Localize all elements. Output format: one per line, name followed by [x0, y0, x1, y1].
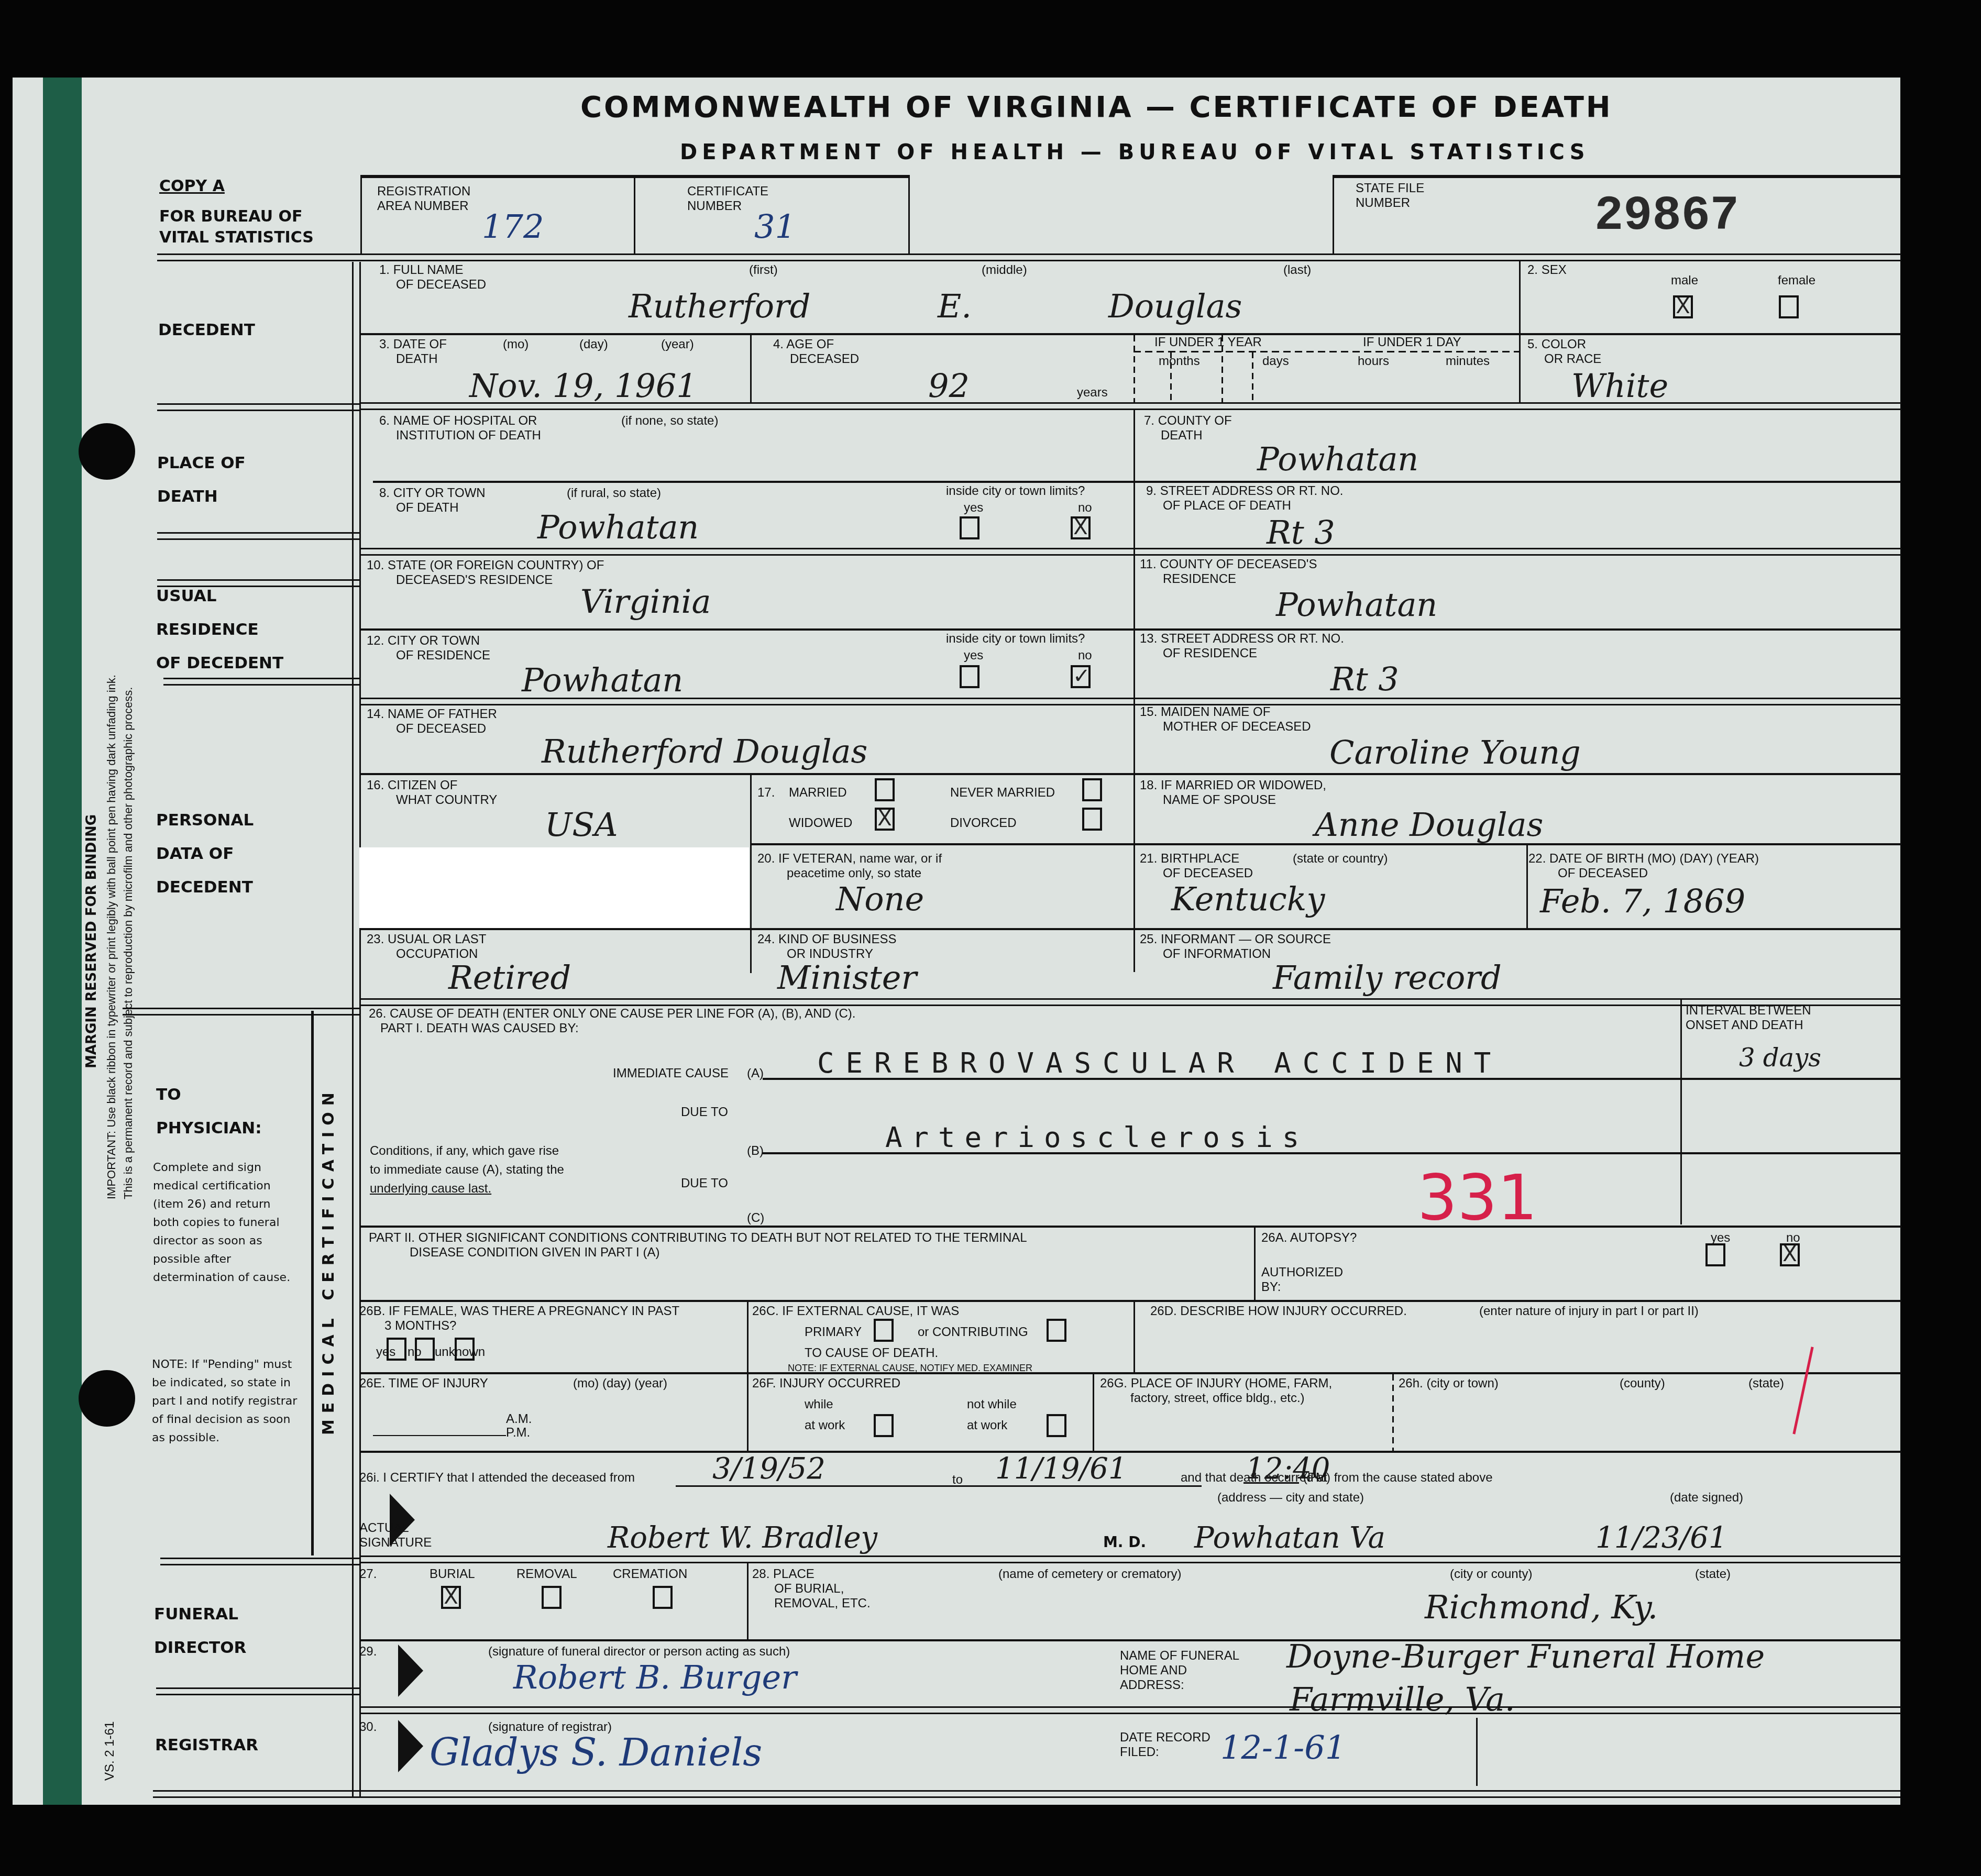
male-label: male: [1671, 273, 1698, 288]
day-hint: (day): [579, 337, 608, 352]
row-divider: [359, 1372, 1901, 1374]
form-title: COMMONWEALTH OF VIRGINIA — CERTIFICATE O…: [580, 90, 1613, 124]
field-26c-label: 26c. IF EXTERNAL CAUSE, IT WAS: [752, 1304, 959, 1319]
date-signed-hint: (date signed): [1670, 1491, 1743, 1505]
yes-label: yes: [964, 501, 983, 515]
state-file-value: 29867: [1594, 189, 1739, 244]
age-value: 92: [928, 367, 970, 405]
death-inside-limits-no[interactable]: X: [1071, 516, 1091, 539]
col-divider: [750, 774, 752, 973]
row-divider: [157, 579, 359, 581]
conditions-note: Conditions, if any, which gave riseto im…: [370, 1142, 564, 1198]
autopsy-no-checkbox[interactable]: X: [1780, 1243, 1800, 1266]
no-label: no: [1078, 648, 1092, 663]
county-of-death-value: Powhatan: [1257, 440, 1418, 478]
signature-arrow-icon: [398, 1645, 423, 1697]
never-married-label: NEVER MARRIED: [950, 786, 1055, 800]
row-divider: [359, 773, 1901, 775]
months-label: months: [1159, 354, 1200, 369]
row-divider: [153, 1790, 1900, 1792]
at-work-label: at work: [967, 1418, 1007, 1433]
spouse-name-value: Anne Douglas: [1315, 805, 1543, 844]
copy-label: COPY A: [159, 177, 225, 195]
col-divider: [1519, 335, 1521, 402]
medical-cert-border: [311, 1011, 314, 1555]
autopsy-yes-checkbox[interactable]: [1705, 1243, 1725, 1266]
race-value: White: [1571, 367, 1668, 405]
field-14-label: 14. NAME OF FATHEROF DECEASED: [367, 707, 497, 736]
city-of-death-value: Powhatan: [537, 508, 699, 546]
redacted-field-19: [359, 847, 749, 928]
field-9-label: 9. STREET ADDRESS OR RT. NO.OF PLACE OF …: [1146, 484, 1344, 513]
res-inside-limits-no[interactable]: ✓: [1071, 665, 1091, 688]
binding-stripe: [43, 78, 82, 1805]
row-divider: [156, 1687, 359, 1689]
field-23-label: 23. USUAL OR LASTOCCUPATION: [367, 932, 487, 962]
contributing-label: or CONTRIBUTING: [918, 1325, 1028, 1340]
registrar-signature[interactable]: Gladys S. Daniels: [430, 1730, 762, 1774]
cert-number-value: 31: [754, 207, 796, 246]
at-work-label: at work: [805, 1418, 845, 1433]
field-3-label: 3. DATE OFDEATH: [379, 337, 447, 367]
field-8-label: 8. CITY OR TOWNOF DEATH: [379, 486, 486, 515]
margin-important-2: This is a permanent record and subject t…: [122, 687, 135, 1199]
col-divider: [1093, 1372, 1094, 1451]
col-divider: [1252, 352, 1253, 402]
row-divider: [359, 548, 1901, 549]
divider: [360, 175, 362, 253]
pregnancy-unknown-checkbox[interactable]: [455, 1338, 475, 1361]
row-divider: [359, 998, 1901, 1000]
injury-hint: (enter nature of injury in part I or par…: [1479, 1304, 1699, 1319]
row-divider: [160, 1558, 359, 1559]
margin-binding-note: MARGIN RESERVED FOR BINDING: [84, 814, 100, 1068]
occupation-value: Retired: [448, 958, 571, 997]
year-hint: (year): [661, 337, 694, 352]
field-26g-label: 26g. PLACE OF INJURY (home, farm,factory…: [1100, 1376, 1332, 1406]
row-divider: [359, 333, 1901, 335]
line-a-label: (A): [747, 1066, 764, 1081]
copy-sub-1: FOR BUREAU OF: [159, 207, 302, 226]
field-22-label: 22. DATE OF BIRTH (mo) (day) (year)OF DE…: [1528, 852, 1759, 881]
immediate-cause-label: IMMEDIATE CAUSE: [613, 1066, 729, 1081]
under-year-label: IF UNDER 1 YEAR: [1154, 335, 1262, 350]
form-id: VS. 2 1-61: [103, 1721, 117, 1781]
col-divider: [747, 1301, 749, 1451]
punch-hole-top: [79, 423, 135, 480]
funeral-home-address-value: Farmville, Va.: [1290, 1680, 1515, 1718]
burial-place-value: Richmond, Ky.: [1425, 1588, 1658, 1626]
first-name-value: Rutherford: [629, 287, 810, 325]
field-26e-label: 26e. TIME OF INJURY: [359, 1376, 488, 1391]
inside-limits-label: inside city or town limits?: [946, 484, 1085, 499]
date-signed-value: 11/23/61: [1595, 1521, 1727, 1555]
to-label: to: [952, 1473, 963, 1487]
field-26h-label: 26h. (city or town): [1399, 1376, 1499, 1391]
field-20-label: 20. IF VETERAN, name war, or ifpeacetime…: [757, 852, 942, 881]
row-divider: [373, 481, 1901, 483]
pregnancy-yes-checkbox[interactable]: [387, 1338, 406, 1361]
cremation-checkbox[interactable]: [653, 1586, 673, 1609]
field-25-label: 25. INFORMANT — OR SOURCEOF INFORMATION: [1140, 932, 1331, 962]
widowed-label: WIDOWED: [789, 816, 852, 831]
code-stamp: 331: [1417, 1162, 1537, 1234]
medical-certification-label: MEDICAL CERTIFICATION: [320, 1086, 338, 1435]
pregnancy-no-checkbox[interactable]: [415, 1338, 435, 1361]
col-divider: [1254, 1226, 1256, 1300]
col-divider: [1476, 1718, 1478, 1786]
dash-divider: [1133, 351, 1519, 352]
field-27-label: 27.: [359, 1567, 377, 1582]
female-checkbox[interactable]: [1779, 295, 1799, 318]
last-name-hint: (last): [1283, 263, 1311, 278]
row-divider: [359, 1451, 1901, 1453]
field-10-label: 10. STATE (OR FOREIGN COUNTRY) OFDECEASE…: [367, 558, 604, 588]
industry-value: Minister: [777, 958, 917, 997]
removal-checkbox[interactable]: [542, 1586, 562, 1609]
actual-signature-label: ACTUALSIGNATURE: [359, 1521, 432, 1550]
row-divider: [359, 928, 1901, 930]
widowed-checkbox[interactable]: X: [875, 808, 895, 831]
section-usual-residence: USUALRESIDENCEOF DECEDENT: [156, 579, 283, 680]
married-checkbox[interactable]: [875, 778, 895, 801]
field-26i-label: 26i. I CERTIFY that I attended the decea…: [359, 1471, 635, 1485]
field-29-label: 29.: [359, 1645, 377, 1659]
rural-hint: (if rural, so state): [567, 486, 661, 501]
citizenship-value: USA: [545, 805, 618, 844]
pending-note: NOTE: If "Pending" must be indicated, so…: [152, 1355, 302, 1447]
external-primary-checkbox[interactable]: [874, 1319, 894, 1342]
days-label: days: [1262, 354, 1289, 369]
never-married-checkbox[interactable]: [1082, 778, 1102, 801]
injury-date-hint: (mo) (day) (year): [573, 1376, 667, 1391]
row-divider: [359, 1226, 1901, 1228]
funeral-home-label: NAME OF FUNERALHOME ANDADDRESS:: [1120, 1649, 1239, 1693]
director-signature-hint: (signature of funeral director or person…: [488, 1645, 790, 1659]
removal-label: REMOVAL: [516, 1567, 577, 1582]
row-divider: [359, 1555, 1901, 1557]
residence-city-value: Powhatan: [522, 661, 683, 699]
minutes-label: minutes: [1446, 354, 1490, 369]
under-day-label: IF UNDER 1 DAY: [1363, 335, 1461, 350]
col-divider: [1133, 409, 1135, 972]
col-divider: [352, 262, 354, 1796]
male-checkbox[interactable]: X: [1673, 295, 1693, 318]
col-divider: [747, 1563, 749, 1639]
section-decedent: DECEDENT: [158, 313, 255, 347]
col-divider: [359, 262, 361, 1796]
field-16-label: 16. CITIZEN OFWHAT COUNTRY: [367, 778, 497, 808]
hospital-hint: (if none, so state): [621, 414, 718, 428]
field-18-label: 18. IF MARRIED OR WIDOWED,NAME OF SPOUSE: [1140, 778, 1326, 808]
row-divider: [359, 402, 1901, 404]
cause-b-value: Arteriosclerosis: [885, 1121, 1308, 1154]
field-26-label: 26. CAUSE OF DEATH (Enter only one cause…: [369, 1007, 855, 1036]
col-divider: [1526, 844, 1528, 928]
field-12-label: 12. CITY OR TOWNOF RESIDENCE: [367, 634, 490, 663]
city-county-hint: (city or county): [1450, 1567, 1532, 1582]
divorced-checkbox[interactable]: [1082, 808, 1102, 831]
line-b-label: (B): [747, 1144, 764, 1158]
female-label: female: [1778, 273, 1815, 288]
divider: [634, 175, 635, 253]
cemetery-hint: (name of cemetery or crematory): [998, 1567, 1181, 1582]
am-label: A.M.: [506, 1412, 532, 1427]
interval-a-value: 3 days: [1739, 1043, 1821, 1073]
primary-label: PRIMARY: [805, 1325, 862, 1340]
middle-name-value: E.: [938, 287, 972, 325]
time-line: [373, 1435, 506, 1436]
res-inside-limits-yes[interactable]: [960, 665, 980, 688]
form-subtitle: DEPARTMENT OF HEALTH — BUREAU OF VITAL S…: [680, 140, 1590, 164]
field-7-label: 7. COUNTY OFDEATH: [1144, 414, 1232, 443]
field-26d-label: 26d. DESCRIBE HOW INJURY OCCURRED.: [1150, 1304, 1407, 1319]
residence-street-value: Rt 3: [1330, 660, 1399, 698]
first-name-hint: (first): [749, 263, 778, 278]
reg-area-label: REGISTRATIONAREA NUMBER: [377, 184, 470, 214]
row-divider: [157, 532, 359, 534]
veteran-value: None: [836, 880, 924, 918]
line-c-label: (C): [747, 1211, 764, 1226]
field-28-label: 28. PLACEOF BURIAL,REMOVAL, ETC.: [752, 1567, 871, 1611]
yes-label: yes: [964, 648, 983, 663]
physician-address-value: Powhatan Va: [1194, 1521, 1385, 1555]
col-divider: [1133, 335, 1135, 402]
divider: [908, 175, 910, 253]
divider: [1333, 175, 1900, 178]
field-6-label: 6. NAME OF HOSPITAL ORINSTITUTION OF DEA…: [379, 414, 541, 443]
section-to-physician: TOPHYSICIAN:: [156, 1078, 262, 1145]
county-hint: (county): [1620, 1376, 1665, 1391]
field-30-label: 30.: [359, 1720, 377, 1735]
burial-checkbox[interactable]: X: [441, 1586, 461, 1609]
section-registrar: REGISTRAR: [155, 1728, 258, 1762]
authorized-by-label: AUTHORIZEDBY:: [1261, 1265, 1343, 1295]
physician-signature[interactable]: Robert W. Bradley: [608, 1521, 877, 1555]
state-file-label: STATE FILENUMBER: [1356, 181, 1424, 211]
years-label: years: [1077, 385, 1108, 400]
row-divider: [163, 678, 359, 679]
col-divider: [1392, 1374, 1394, 1451]
field-4-label: 4. AGE OFDECEASED: [773, 337, 859, 367]
margin-important-1: IMPORTANT: Use black ribbon in typewrite…: [105, 675, 118, 1199]
field-5-label: 5. COLOROR RACE: [1527, 337, 1601, 367]
funeral-director-signature[interactable]: Robert B. Burger: [513, 1658, 797, 1696]
row-divider: [359, 698, 1901, 699]
attended-to-value: 11/19/61: [995, 1452, 1127, 1486]
section-funeral-director: FUNERALDIRECTOR: [154, 1597, 246, 1664]
col-divider: [1133, 1301, 1135, 1372]
date-filed-value: 12-1-61: [1220, 1728, 1346, 1767]
field-21-label: 21. BIRTHPLACEOF DECEASED: [1140, 852, 1253, 881]
death-inside-limits-yes[interactable]: [960, 516, 980, 539]
interval-label: INTERVAL BETWEENONSET AND DEATH: [1686, 1003, 1811, 1033]
part-2-label: PART II. OTHER SIGNIFICANT CONDITIONS CO…: [369, 1231, 1027, 1260]
last-name-value: Douglas: [1108, 287, 1242, 325]
pm-label: P.M.: [506, 1426, 530, 1440]
due-to-label: DUE TO: [681, 1105, 728, 1120]
field-13-label: 13. STREET ADDRESS OR RT. NO.OF RESIDENC…: [1140, 632, 1344, 661]
residence-county-value: Powhatan: [1276, 586, 1437, 624]
attended-from-value: 3/19/52: [712, 1452, 826, 1486]
row-divider: [123, 1008, 359, 1009]
cremation-label: CREMATION: [613, 1567, 687, 1582]
md-label: M. D.: [1103, 1533, 1146, 1551]
col-divider: [1680, 999, 1682, 1224]
father-name-value: Rutherford Douglas: [542, 732, 867, 770]
field-26f-label: 26f. INJURY OCCURRED: [752, 1376, 900, 1391]
field-1-label: 1. FULL NAMEOF DECEASED: [379, 263, 486, 292]
physician-instructions: Complete and sign medical certification …: [153, 1158, 300, 1287]
date-of-death-value: Nov. 19, 1961: [469, 367, 697, 405]
row-divider: [750, 843, 1901, 845]
col-divider: [750, 335, 752, 402]
row-divider: [359, 1706, 1901, 1708]
field-15-label: 15. MAIDEN NAME OFMOTHER OF DECEASED: [1140, 705, 1311, 734]
punch-hole-bottom: [79, 1370, 135, 1427]
injury-not-at-work-checkbox[interactable]: [1047, 1414, 1066, 1437]
street-of-death-value: Rt 3: [1267, 513, 1335, 551]
married-label: MARRIED: [789, 786, 847, 800]
row-divider: [359, 628, 1901, 631]
burial-label: BURIAL: [430, 1567, 475, 1582]
field-17-label: 17.: [757, 786, 775, 800]
to-cause-label: TO CAUSE OF DEATH.: [805, 1346, 938, 1361]
informant-value: Family record: [1273, 958, 1502, 997]
month-hint: (mo): [503, 337, 529, 352]
birthplace-hint: (state or country): [1293, 852, 1388, 866]
injury-at-work-checkbox[interactable]: [874, 1414, 894, 1437]
field-24-label: 24. KIND OF BUSINESSOR INDUSTRY: [757, 932, 896, 962]
while-label: while: [805, 1397, 833, 1412]
residence-state-value: Virginia: [580, 582, 711, 621]
divorced-label: DIVORCED: [950, 816, 1017, 831]
birthplace-value: Kentucky: [1171, 880, 1325, 918]
autopsy-label: 26a. AUTOPSY?: [1261, 1231, 1357, 1245]
field-26b-label: 26b. IF FEMALE, WAS THERE A PREGNANCY IN…: [359, 1304, 679, 1333]
row-divider: [157, 403, 359, 405]
reg-area-value: 172: [482, 207, 544, 246]
mother-maiden-name-value: Caroline Young: [1329, 733, 1581, 771]
inside-limits-label: inside city or town limits?: [946, 632, 1085, 646]
no-label: no: [1078, 501, 1092, 515]
row-divider: [359, 1300, 1901, 1302]
due-to-label: DUE TO: [681, 1176, 728, 1191]
hours-label: hours: [1358, 354, 1389, 369]
middle-name-hint: (middle): [982, 263, 1027, 278]
funeral-home-name-value: Doyne-Burger Funeral Home: [1286, 1637, 1765, 1675]
not-while-label: not while: [967, 1397, 1017, 1412]
pm-suffix-label: (PM) from the cause stated above: [1303, 1471, 1493, 1485]
sex-label: 2. SEX: [1527, 263, 1567, 278]
external-contributing-checkbox[interactable]: [1047, 1319, 1066, 1342]
date-of-birth-value: Feb. 7, 1869: [1540, 882, 1745, 920]
address-hint: (address — city and state): [1217, 1491, 1364, 1505]
section-place-of-death: PLACE OFDEATH: [157, 446, 246, 513]
section-personal-data: PERSONALDATA OFDECEDENT: [156, 803, 254, 904]
cause-a-value: CEREBROVASCULAR ACCIDENT: [817, 1046, 1502, 1079]
date-filed-label: DATE RECORDFILED:: [1120, 1730, 1210, 1760]
copy-sub-2: VITAL STATISTICS: [159, 228, 314, 247]
divider: [1333, 175, 1334, 253]
row-divider: [157, 253, 1901, 255]
state-hint: (state): [1695, 1567, 1731, 1582]
state-hint: (state): [1748, 1376, 1784, 1391]
col-divider: [1519, 261, 1521, 334]
field-11-label: 11. COUNTY OF DECEASED'SRESIDENCE: [1140, 557, 1317, 587]
signature-arrow-icon: [398, 1720, 423, 1772]
